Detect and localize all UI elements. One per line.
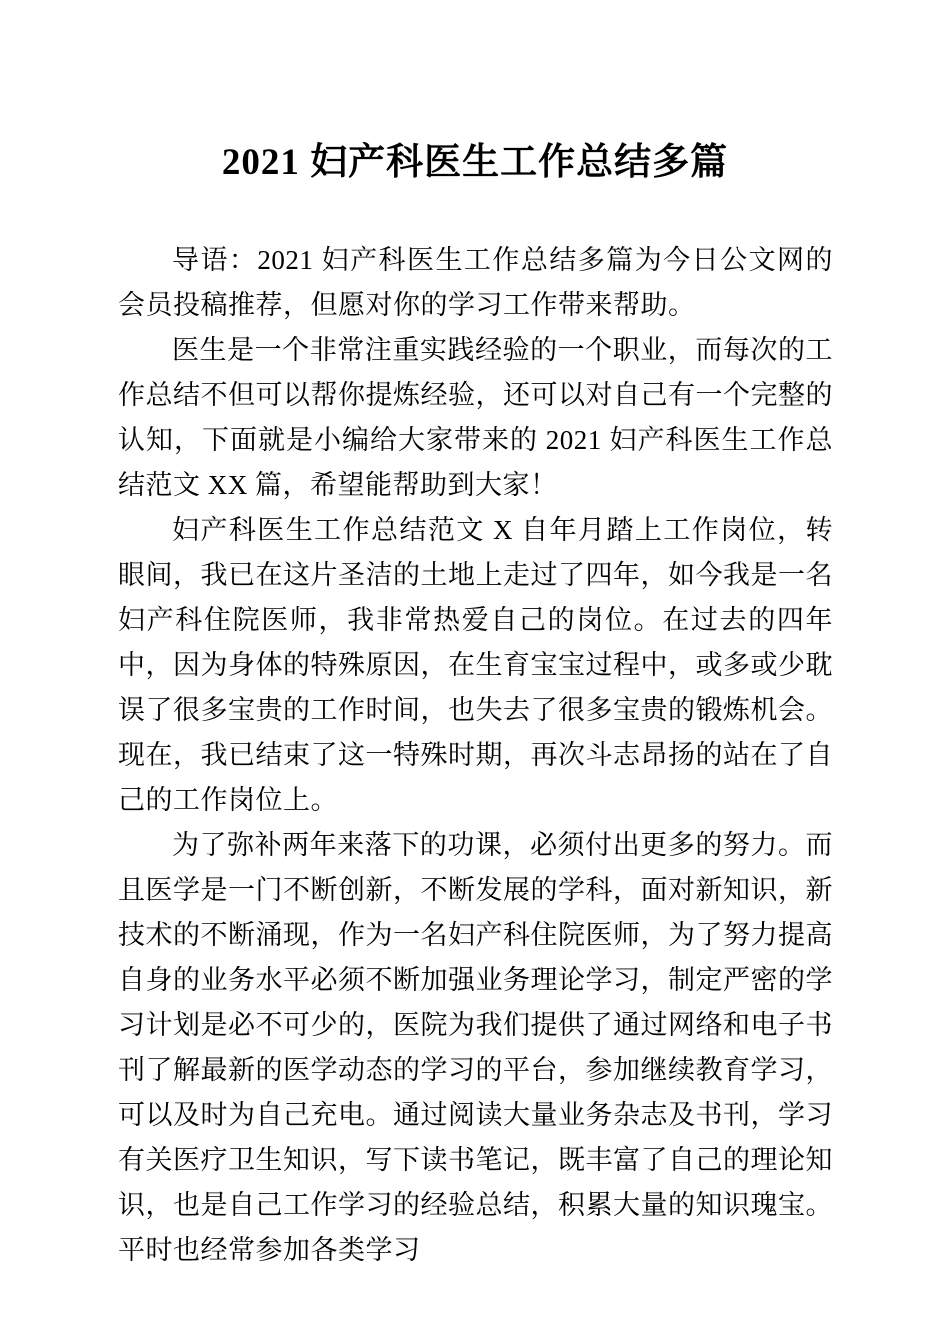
paragraph: 为了弥补两年来落下的功课，必须付出更多的努力。而且医学是一门不断创新，不断发展的… xyxy=(118,823,833,1273)
document-title: 2021 妇产科医生工作总结多篇 xyxy=(0,135,950,190)
document-page: 2021 妇产科医生工作总结多篇 导语：2021 妇产科医生工作总结多篇为今日公… xyxy=(0,0,950,1344)
paragraph: 导语：2021 妇产科医生工作总结多篇为今日公文网的会员投稿推荐，但愿对你的学习… xyxy=(118,238,833,328)
document-body: 导语：2021 妇产科医生工作总结多篇为今日公文网的会员投稿推荐，但愿对你的学习… xyxy=(118,238,833,1273)
paragraph: 医生是一个非常注重实践经验的一个职业，而每次的工作总结不但可以帮你提炼经验，还可… xyxy=(118,328,833,508)
paragraph: 妇产科医生工作总结范文 X 自年月踏上工作岗位，转眼间，我已在这片圣洁的土地上走… xyxy=(118,508,833,823)
